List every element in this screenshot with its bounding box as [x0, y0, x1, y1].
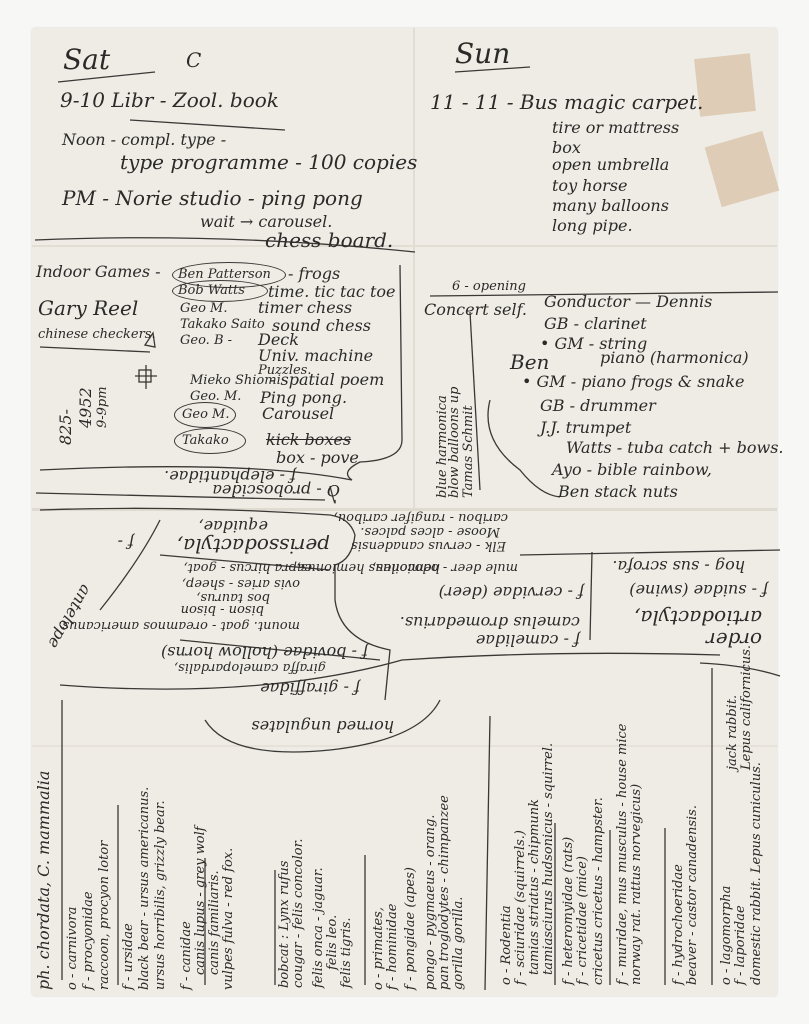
rodentia-9: norway rat. rattus norvegicus): [630, 784, 643, 985]
phone-line-2: 4952: [78, 387, 94, 428]
primates-3: f - pongidae (apes): [404, 867, 417, 990]
sat-line-4: PM - Norie studio - ping pong: [62, 188, 363, 208]
ben-label: Ben: [510, 352, 549, 372]
ud-cervidae-4: mule deer - odocoileus hemionus,: [297, 561, 518, 574]
game-who-9: Geo. M.: [190, 390, 241, 403]
concert-line-9: Ayo - bible rainbow,: [552, 462, 712, 478]
concert-line-8: Watts - tuba catch + bows.: [566, 440, 783, 456]
opening-heading: 6 - opening: [452, 280, 526, 293]
sun-line-7: long pipe.: [552, 218, 633, 234]
game-what-10: Carousel: [262, 406, 334, 422]
concert-line-2: GB - clarinet: [544, 316, 647, 332]
ud-cervidae-2: Moose - alces palces.: [360, 525, 500, 538]
game-what-6: Univ. machine: [258, 348, 373, 364]
game-what-3: timer chess: [258, 300, 352, 316]
vertical-note-3: Tamas Schmit: [462, 405, 475, 498]
phone-line-1: 825-: [58, 409, 74, 445]
ud-bovidae-4: bison - bison: [181, 603, 264, 616]
lagomorpha-2: f - laporidae: [734, 905, 747, 985]
primates-5: pan troglodytes - chimpanzee: [438, 795, 451, 990]
sun-line-5: toy horse: [552, 178, 627, 194]
carnivora-6: ursus horribilis, grizzly bear.: [154, 800, 167, 990]
primates-1: o - primates,: [372, 907, 385, 990]
concert-line-10: Ben stack nuts: [558, 484, 678, 500]
sun-line-6: many balloons: [552, 198, 669, 214]
game-what-8: - spatial poem: [270, 372, 384, 388]
ud-horned-ungulates: horned ungulates: [251, 718, 394, 734]
rodentia-6: f - cricetidae (mice): [576, 856, 589, 985]
ud-giraffa-1: f - giraffidae: [260, 680, 360, 696]
chinese-checkers: chinese checkers.: [38, 328, 156, 341]
felidae-1: bobcat : Lynx rufus: [278, 861, 291, 988]
ud-bovidae-6: f - bovidae (hollow horns): [161, 644, 368, 660]
primates-4: pongo - pygmaeus - orang.: [424, 815, 437, 990]
carnivora-9: canis familiaris.: [208, 870, 221, 975]
phylum-line: ph. chordata, C. mammalia: [36, 771, 52, 990]
concert-line-7: J.J. trumpet: [540, 420, 631, 436]
ud-bovidae-1: capra hircus - goat,: [184, 561, 312, 574]
felidae-5: felis tigris.: [340, 917, 353, 988]
ud-perisso-2: equidae,: [199, 518, 268, 534]
sun-line-1: 11 - 11 - Bus magic carpet.: [430, 92, 703, 112]
felidae-3: felis onca - jaguar.: [312, 867, 325, 988]
concert-line-6: GB - drummer: [540, 398, 656, 414]
ud-cervidae-7: f - camelidae: [476, 632, 580, 648]
sat-line-6: chess board.: [265, 230, 393, 250]
carnivora-5: black bear - ursus americanus.: [138, 787, 151, 990]
rodentia-1: o - Rodentia: [500, 905, 513, 985]
felidae-4: felis leo.: [326, 915, 339, 970]
sat-line-2: Noon - compl. type -: [62, 132, 226, 148]
ud-order-3: artiodactyla,: [634, 608, 762, 628]
rodentia-7: cricetus cricetus - hampster.: [592, 797, 605, 985]
rodentia-5: f - heteromyidae (rats): [562, 837, 575, 985]
lagomorpha-5: Lepus californicus.: [740, 645, 753, 770]
game-who-11: Takako: [182, 434, 229, 447]
ud-order-1: hog - sus scrofa.: [612, 558, 745, 574]
sun-line-3: box: [552, 140, 581, 156]
concert-self: Concert self.: [424, 302, 527, 318]
lagomorpha-1: o - lagomorpha: [720, 886, 733, 985]
sun-line-4: open umbrella: [552, 157, 669, 173]
vertical-note-2: blow balloons up: [448, 387, 461, 498]
game-who-5: Geo. B -: [180, 334, 232, 347]
rodentia-2: f - sciuridae (squirrels.): [514, 830, 527, 985]
game-who-8: Mieko Shiomi: [190, 374, 281, 387]
ud-antelope-1: f -: [118, 534, 134, 550]
game-who-2: Bob Watts: [178, 284, 245, 297]
carnivora-7: f - canidae: [180, 921, 193, 990]
sat-line-3: type programme - 100 copies: [120, 152, 417, 172]
moon-mark: C: [186, 50, 201, 70]
day-heading-sat: Sat: [63, 46, 110, 74]
primates-2: f - hominidae: [386, 904, 399, 990]
ud-proboscidea-2: f - elephantidae.: [164, 468, 296, 484]
carnivora-3: raccoon, procyon lotor: [98, 841, 111, 990]
carnivora-8: canis lupus - grey wolf: [194, 826, 207, 975]
ud-order-2: f - suidae (swine): [629, 582, 768, 598]
indoor-games-heading: Indoor Games -: [36, 264, 161, 280]
rodentia-4: tamiasciurus hudsonicus - squirrel.: [542, 743, 555, 975]
ud-cervidae-1: caribou - rangifer caribou,: [334, 511, 508, 524]
game-what-12: box - pove: [276, 450, 359, 466]
ud-bovidae-5: mount. goat - oreamnos americanus.: [58, 619, 300, 632]
lagomorpha-4: jack rabbit.: [726, 695, 739, 770]
game-who-10: Geo M.: [182, 408, 229, 421]
phone-line-3: 9-9pm: [96, 386, 109, 428]
concert-line-1: Gonductor — Dennis: [544, 294, 712, 310]
felidae-2: cougar - felis concolor.: [292, 838, 305, 988]
ud-bovidae-2: ovis aries - sheep,: [182, 577, 300, 590]
carnivora-1: o - carnivora: [66, 907, 79, 990]
gary-reel: Gary Reel: [38, 298, 138, 318]
ud-perisso-1: perissodactyla,: [177, 536, 330, 556]
game-who-1: Ben Patterson: [178, 268, 271, 281]
rodentia-8: f - muridae, mus musculus - house mice: [616, 724, 629, 986]
ud-giraffa-2: giraffa camelopardalis,: [174, 661, 326, 674]
primates-6: gorilla gorilla.: [452, 897, 465, 990]
concert-line-4: piano (harmonica): [600, 350, 749, 366]
ud-cervidae-5: f - cervidae (deer): [439, 584, 584, 600]
ud-cervidae-3: Elk - cervus canadensis: [351, 539, 506, 552]
game-what-11: kick boxes: [266, 432, 351, 448]
carnivora-10: vulpes fulva - red fox.: [222, 848, 235, 990]
concert-line-5: • GM - piano frogs & snake: [522, 374, 744, 390]
sat-line-1: 9-10 Libr - Zool. book: [60, 90, 279, 110]
sun-line-2: tire or mattress: [552, 120, 679, 136]
carnivora-2: f - procyonidae: [82, 891, 95, 990]
rodentia-10: f - hydrochoeridae: [672, 864, 685, 985]
game-who-4: Takako Saito: [180, 318, 265, 331]
day-heading-sun: Sun: [455, 40, 510, 68]
game-what-1: - frogs: [288, 266, 340, 282]
rodentia-3: tamias striatus - chipmunk: [528, 799, 541, 975]
rodentia-11: beaver - castor canadensis.: [686, 805, 699, 985]
lagomorpha-3: domestic rabbit. Lepus cuniculus.: [750, 762, 763, 985]
game-who-3: Geo M.: [180, 302, 227, 315]
carnivora-4: f - ursidae: [122, 923, 135, 990]
ud-cervidae-6: camelus dromedarius.: [400, 614, 580, 630]
